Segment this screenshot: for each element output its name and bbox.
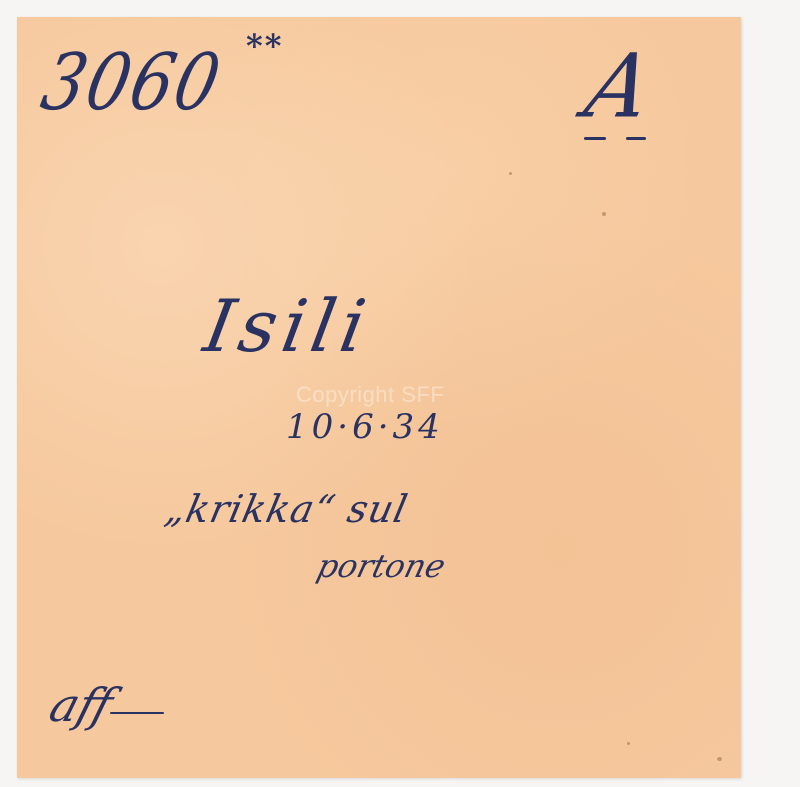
catalog-number: 3060 xyxy=(35,44,228,122)
paper-fleck xyxy=(627,742,630,745)
initials-flourish xyxy=(110,712,164,714)
paper-fleck xyxy=(602,212,606,216)
description-line-2: portone xyxy=(314,550,449,582)
copyright-watermark: Copyright SFF xyxy=(296,382,444,408)
section-underline-right xyxy=(626,137,646,140)
date: 10·6·34 xyxy=(286,410,444,444)
photo-stage: 3060 ** A Isili Copyright SFF 10·6·34 „k… xyxy=(0,0,800,787)
description-line-1: „krikka“ sul xyxy=(162,490,411,528)
place-name: Isili xyxy=(199,290,376,362)
paper-fleck xyxy=(717,757,722,761)
section-underline-left xyxy=(584,137,606,140)
paper-fleck xyxy=(509,172,512,175)
catalog-marks: ** xyxy=(246,30,283,62)
